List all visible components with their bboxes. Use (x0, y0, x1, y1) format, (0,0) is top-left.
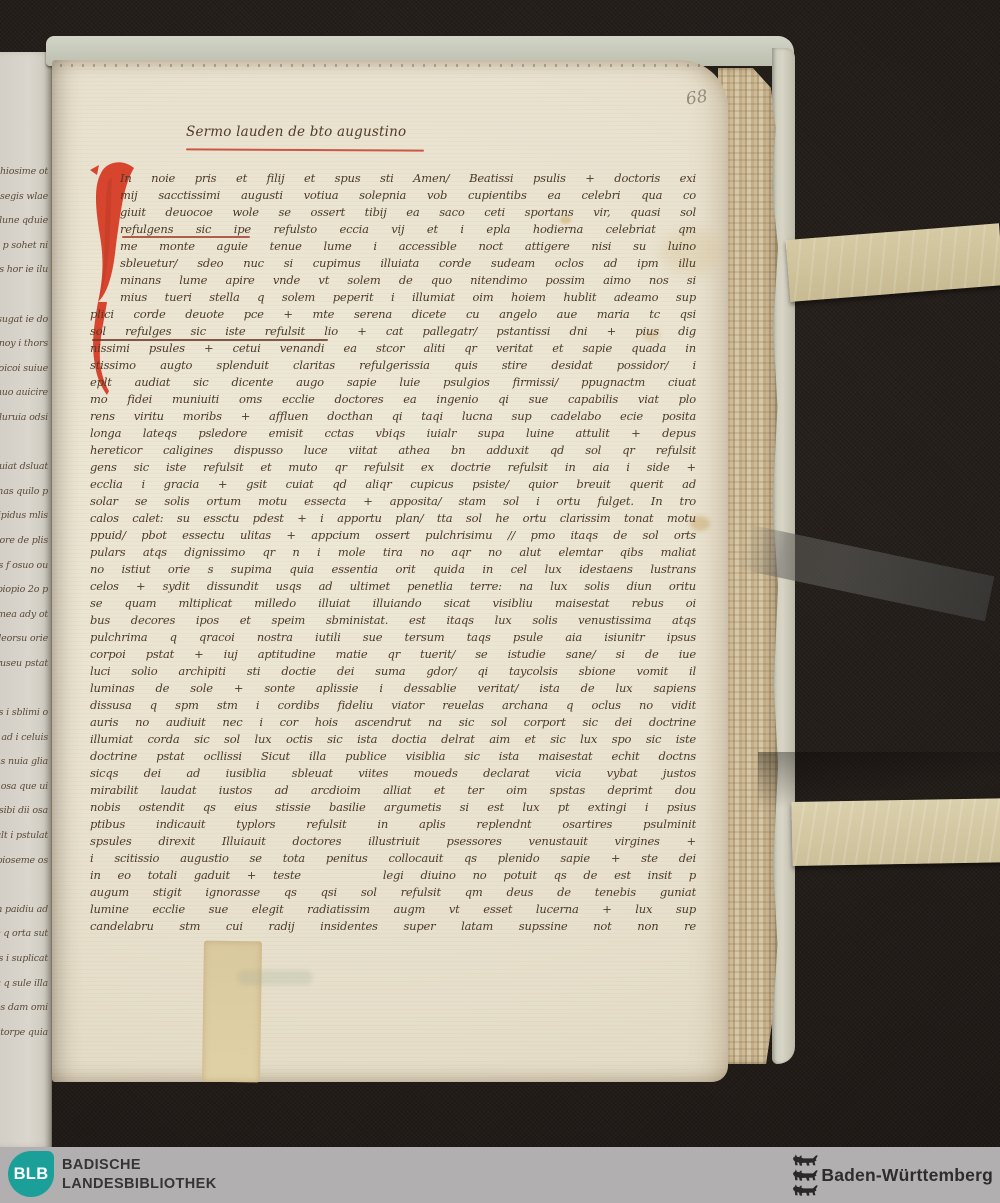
marginalia-fragment: ace lune qduie (0, 209, 48, 234)
manuscript-line: luci solio archipiti sti doctie dei suma… (90, 663, 696, 680)
manuscript-line: i scitissio augustio se tota penitus col… (90, 850, 696, 867)
manuscript-line: solar se solis ortum motu essecta + appo… (90, 493, 696, 510)
marginalia-fragment: qs hor ie ilu (0, 258, 48, 283)
marginalia-fragment (0, 431, 48, 456)
manuscript-text-block: In noie pris et filij et spus sti Amen/ … (90, 170, 696, 935)
manuscript-line: me monte aguie tenue lume i accessible n… (120, 238, 696, 255)
marginalia-fragment: etirnoy i thors (0, 332, 48, 357)
blb-logo: BLB (8, 1151, 54, 1197)
manuscript-line: sicqs dei ad iusiblia sbleuat viites mou… (90, 765, 696, 782)
marginalia-fragment: q ruseu pstat (0, 652, 48, 677)
marginalia-fragment: sine q orta sut (0, 922, 48, 947)
marginalia-fragment: eq core de plis (0, 529, 48, 554)
manuscript-line: longa lateqs psledore emisit cctas vbiqs… (90, 425, 696, 442)
lion-icon (789, 1184, 821, 1196)
marginalia-fragment: so sugat ie do (0, 308, 48, 333)
manuscript-line: ptibus indicauit typlors refulsit in apl… (90, 816, 696, 833)
manuscript-line: giuit deuocoe wole se ossert tibij ea sa… (120, 204, 696, 221)
manuscript-line: rens viritu moribs + affluen docthan qi … (90, 408, 696, 425)
manuscript-line: bus decores ipos et speim sbministat. es… (90, 612, 696, 629)
lion-icon (789, 1169, 821, 1181)
manuscript-line: plici corde deuote pce + mte serena dice… (90, 306, 696, 323)
manuscript-line: luminas de sole + sonte aplissie i dessa… (90, 680, 696, 697)
marginalia-fragment: q celipidus mlis (0, 504, 48, 529)
manuscript-line: mirabilit laudat iustos ad arcdioim alli… (90, 782, 696, 799)
marginalia-fragment: eloquiat dsluat (0, 455, 48, 480)
marginalia-fragment: i mea ady ot (0, 603, 48, 628)
marginalia-fragment: ne pioseme os (0, 849, 48, 874)
blb-logo-text: BLB (14, 1165, 49, 1184)
manuscript-line: sol refulges sic iste refulsit lio + cat… (90, 323, 696, 340)
manuscript-line: celos + sydit dissundit usqs ad ultimet … (90, 578, 696, 595)
manuscript-line: nobis ostendit qs eius stissie basilie a… (90, 799, 696, 816)
ink-underline (92, 339, 328, 341)
manuscript-line: se quam mltiplicat milledo illuiat illui… (90, 595, 696, 612)
rubric-heading: Sermo lauden de bto augustino (186, 124, 406, 140)
manuscript-line: minans lume apire vnde vt solem de quo n… (120, 272, 696, 289)
marginalia-fragment: ades i sblimi o (0, 701, 48, 726)
manuscript-line: nissimi psules + cetui venandi ea stcor … (90, 340, 696, 357)
marginalia-fragment: uis deorsu orie (0, 627, 48, 652)
manuscript-line: calos calet: su essctu pdest + i apportu… (90, 510, 696, 527)
manuscript-line: pulchrima q qracoi nostra iutili sue ter… (90, 629, 696, 646)
manuscript-line: illumiat corda sic sol lux octis sic ist… (90, 731, 696, 748)
manuscript-line: augum stigit ignorasse qs qsi sol refuls… (90, 884, 696, 901)
marginalia-fragment: uos ad i celuis (0, 726, 48, 751)
manuscript-line: mius tueri stella q solem peperit i illu… (120, 289, 696, 306)
marginalia-fragment: ac torpe quia (0, 1021, 48, 1046)
facing-page-marginalia: uchiosime othie segis wlaeace lune qduie… (0, 160, 48, 1060)
manuscript-line: In noie pris et filij et spus sti Amen/ … (120, 170, 696, 187)
marginalia-fragment (0, 283, 48, 308)
red-underline (122, 236, 250, 238)
manuscript-line: pulars atqs dignissimo qr n i mole tira … (90, 544, 696, 561)
manuscript-line: sbleuetur/ sdeo nuc si cupimus illuiata … (120, 255, 696, 272)
marginalia-fragment: uchiosime ot (0, 160, 48, 185)
manuscript-line: in eo totali gaduit + testelegi diuino n… (90, 867, 696, 884)
region-label: Baden-Württemberg (821, 1147, 993, 1203)
manuscript-line: no istiut orie s supima quia essentia or… (90, 561, 696, 578)
marginalia-fragment: and p sohet ni (0, 234, 48, 259)
marginalia-fragment: eios dam omi (0, 996, 48, 1021)
bookmark-ribbon-top (786, 223, 1000, 302)
library-name: BADISCHE LANDESBIBLIOTHEK (62, 1156, 217, 1194)
manuscript-line: auris no audiuit nec i cor hois ascendru… (90, 714, 696, 731)
marginalia-fragment: fult i pstulat (0, 824, 48, 849)
parchment-repair-tab (202, 941, 262, 1083)
library-brand-bar: BLB BADISCHE LANDESBIBLIOTHEK Baden-Würt… (0, 1147, 1000, 1203)
folio-number: 68 (685, 86, 710, 109)
marginalia-fragment: hie segis wlae (0, 185, 48, 210)
marginalia-fragment: oi coluruia odsi (0, 406, 48, 431)
manuscript-line: stissimo augto splenduit claritas refulg… (90, 357, 696, 374)
manuscript-line: ecclia i gracia + gsit cuiat qd aliqr cu… (90, 476, 696, 493)
manuscript-line: spsules direxit Illuiauit doctores illus… (90, 833, 696, 850)
marginalia-fragment: osa q sule illa (0, 972, 48, 997)
baden-wuerttemberg-coat-of-arms (789, 1154, 823, 1196)
manuscript-line: lumine ecclie sue elegit radiatissim aug… (90, 901, 696, 918)
marginalia-fragment: ttos osa que ui (0, 775, 48, 800)
marginalia-fragment: eu sibi dii osa (0, 799, 48, 824)
bookmark-ribbon-bottom (791, 798, 1000, 866)
manuscript-line: hereticor caligines dispusso luce viitat… (90, 442, 696, 459)
marginalia-fragment: mos f osuo ou (0, 554, 48, 579)
manuscript-line: candelabru stm cui radij insidentes supe… (90, 918, 696, 935)
manuscript-line: dissusa q spm stm i cordibs fideliu viat… (90, 697, 696, 714)
marginalia-fragment: pnuo auicire (0, 381, 48, 406)
marginalia-fragment (0, 676, 48, 701)
manuscript-line: eplt audiat sic dicente augo sapie luie … (90, 374, 696, 391)
manuscript-line: doctrine pstat ocllissi Sicut illa publi… (90, 748, 696, 765)
manuscript-line: mo fidei muniuiti oms ecclie doctores ea… (90, 391, 696, 408)
marginalia-fragment: i piopio 2o p (0, 578, 48, 603)
lion-icon (789, 1154, 821, 1166)
marginalia-fragment: dosoicoi suiue (0, 357, 48, 382)
faint-stamp-smudge (238, 970, 312, 985)
manuscript-line: mij sacctissimi augusti votiua solepnia … (120, 187, 696, 204)
library-name-line1: BADISCHE (62, 1156, 217, 1175)
marginalia-fragment: ho has quilo p (0, 480, 48, 505)
marginalia-fragment: scdm paidiu ad (0, 898, 48, 923)
manuscript-line: ppuid/ pbot essectu ulitas + appcium oss… (90, 527, 696, 544)
marginalia-fragment: ttis i suplicat (0, 947, 48, 972)
page-top-edge-dirt (60, 64, 700, 67)
library-name-line2: LANDESBIBLIOTHEK (62, 1175, 217, 1194)
marginalia-fragment: tius nuia glia (0, 750, 48, 775)
manuscript-line: gens sic iste refulsit et muto qr refuls… (90, 459, 696, 476)
facing-page-edge: uchiosime othie segis wlaeace lune qduie… (0, 52, 52, 1147)
manuscript-line: corpoi pstat + iuj aptitudine matie qr t… (90, 646, 696, 663)
manuscript-photo: uchiosime othie segis wlaeace lune qduie… (0, 0, 1000, 1203)
marginalia-fragment (0, 873, 48, 898)
